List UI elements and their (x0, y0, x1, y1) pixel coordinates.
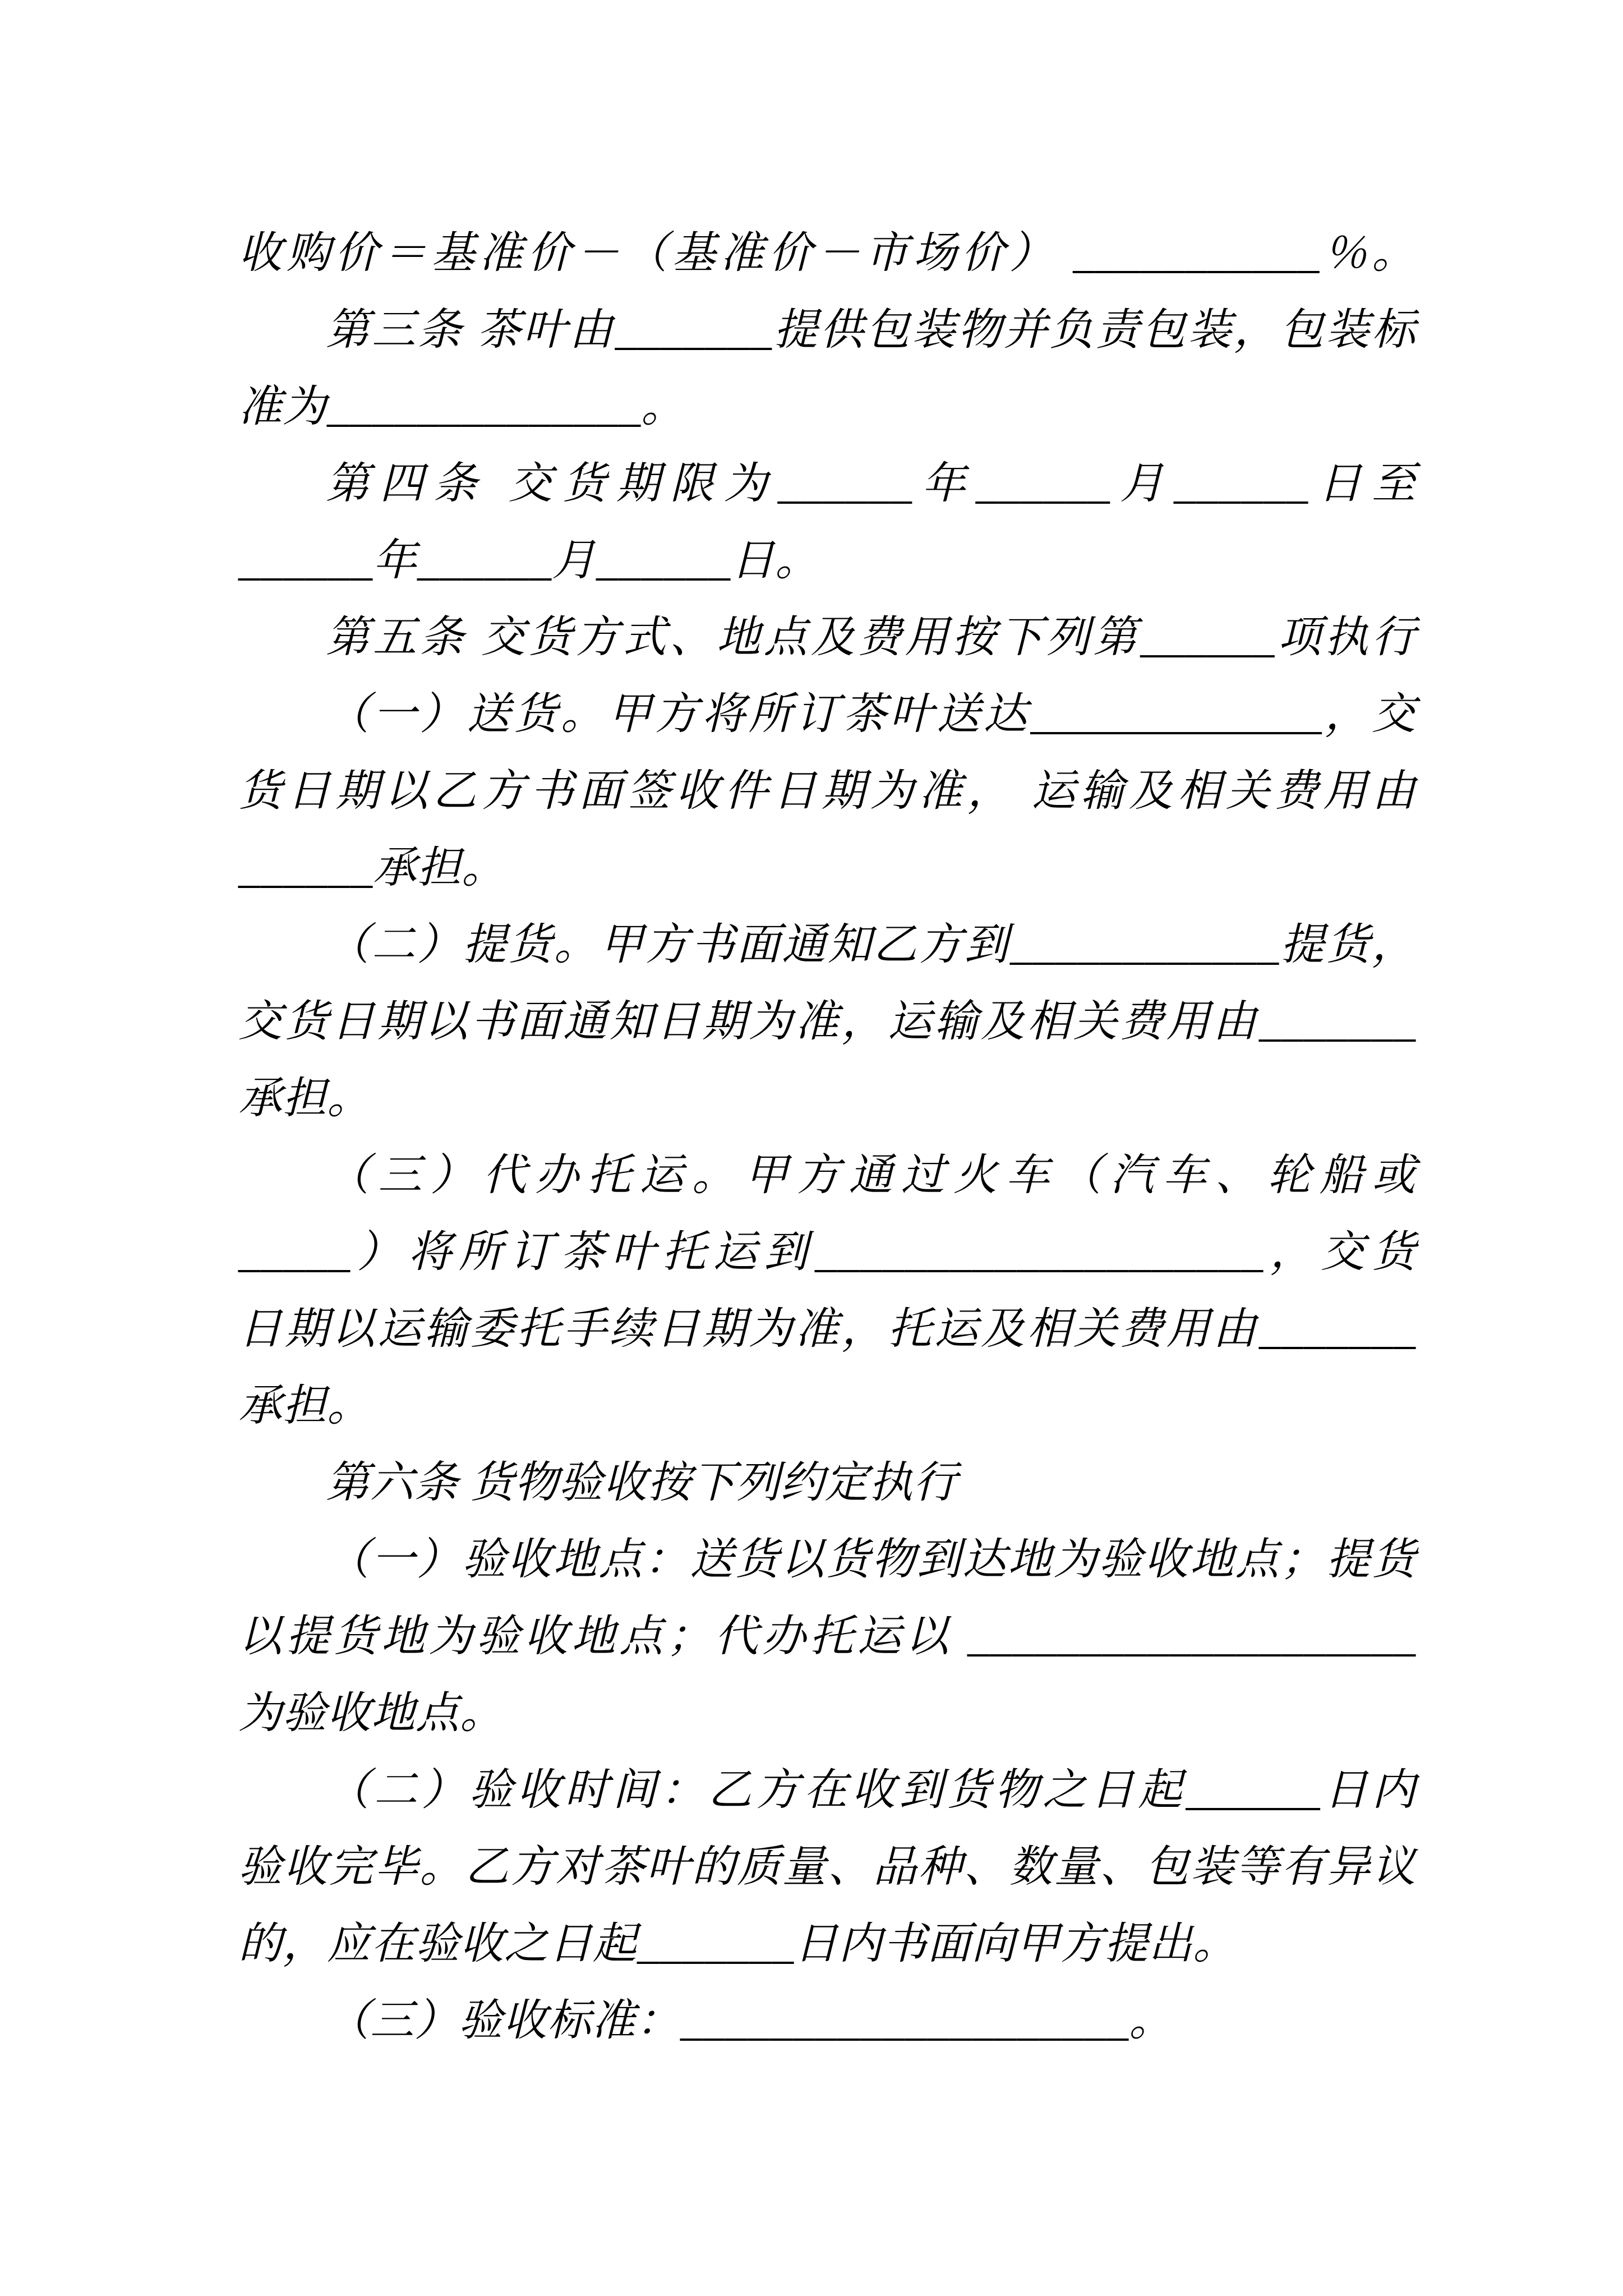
clause-6-item-3-line: （三）验收标准：____________________。 (238, 1982, 1416, 2059)
clause-5-item-2-line-1: （二）提货。甲方书面通知乙方到____________提货， (238, 906, 1416, 983)
clause-6-heading-line: 第六条 货物验收按下列约定执行 (238, 1444, 1416, 1521)
clause-6-item-1-line-3: 为验收地点。 (238, 1674, 1416, 1751)
clause-5-item-2-line-3: 承担。 (238, 1060, 1416, 1137)
clause-4-line-2: ______年______月______日。 (238, 522, 1416, 599)
contract-page: 收购价＝基准价－（基准价－市场价） ___________％。 第三条 茶叶由_… (238, 214, 1416, 2059)
clause-6-item-1-line-1: （一）验收地点：送货以货物到达地为验收地点；提货 (238, 1521, 1416, 1598)
clause-5-item-2-line-2: 交货日期以书面通知日期为准，运输及相关费用由_______ (238, 983, 1416, 1060)
clause-5-item-3-line-1: （三）代办托运。甲方通过火车（汽车、轮船或 (238, 1137, 1416, 1213)
clause-6-item-1-line-2: 以提货地为验收地点；代办托运以 ____________________ (238, 1598, 1416, 1674)
clause-3-line-2: 准为______________。 (238, 368, 1416, 445)
purchase-price-formula-line: 收购价＝基准价－（基准价－市场价） ___________％。 (238, 214, 1416, 291)
clause-5-item-1-line-3: ______承担。 (238, 829, 1416, 906)
clause-5-item-1-line-2: 货日期以乙方书面签收件日期为准， 运输及相关费用由 (238, 752, 1416, 829)
clause-5-item-3-line-4: 承担。 (238, 1367, 1416, 1444)
clause-6-item-2-line-3: 的，应在验收之日起_______日内书面向甲方提出。 (238, 1905, 1416, 1982)
clause-5-item-3-line-2: _____）将所订茶叶托运到____________________，交货 (238, 1213, 1416, 1290)
clause-5-heading-line: 第五条 交货方式、地点及费用按下列第______项执行 (238, 599, 1416, 675)
clause-6-item-2-line-2: 验收完毕。乙方对茶叶的质量、品种、数量、包装等有异议 (238, 1828, 1416, 1905)
clause-3-line-1: 第三条 茶叶由_______提供包装物并负责包装，包装标 (238, 291, 1416, 368)
clause-5-item-1-line-1: （一）送货。甲方将所订茶叶送达_____________，交 (238, 675, 1416, 752)
clause-5-item-3-line-3: 日期以运输委托手续日期为准，托运及相关费用由_______ (238, 1290, 1416, 1367)
clause-4-line-1: 第四条 交货期限为______年______月______日至 (238, 445, 1416, 522)
clause-6-item-2-line-1: （二）验收时间：乙方在收到货物之日起______日内 (238, 1751, 1416, 1828)
